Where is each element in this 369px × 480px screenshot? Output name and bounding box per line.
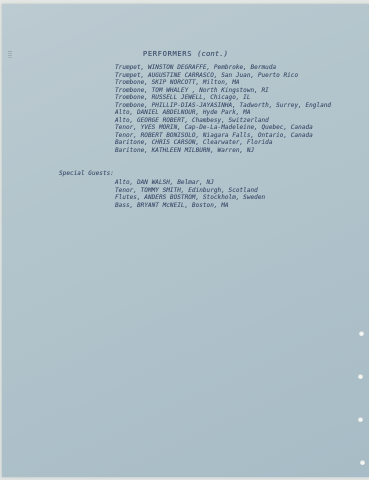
special-guest-line: Flutes, ANDERS BOSTROM, Stockholm, Swede… [115, 194, 265, 202]
page-title: PERFORMERS (cont.) [2, 49, 369, 58]
page-title-cont: (cont.) [197, 49, 228, 58]
special-guest-list: Alto, DAN WALSH, Belmar, NJ Tenor, TOMMY… [115, 179, 265, 209]
performer-line: Baritone, CHRIS CARSON, Clearwater, Flor… [115, 139, 331, 147]
paper-sheet: PERFORMERS (cont.) Trumpet, WINSTON DEGR… [2, 4, 369, 477]
scanned-page: PERFORMERS (cont.) Trumpet, WINSTON DEGR… [0, 0, 369, 480]
special-guests-label: Special Guests: [59, 170, 114, 178]
performer-line: Trumpet, AUGUSTINE CARRASCO, San Juan, P… [115, 72, 331, 80]
performer-list: Trumpet, WINSTON DEGRAFFE, Pembroke, Ber… [115, 64, 331, 154]
performer-line: Trombone, TOM WHALEY , North Kingstown, … [115, 87, 331, 95]
performer-line: Trumpet, WINSTON DEGRAFFE, Pembroke, Ber… [115, 64, 331, 72]
punch-hole [359, 331, 364, 336]
performer-line: Trombone, RUSSELL JEWELL, Chicago, IL [115, 94, 331, 102]
performer-line: Tenor, ROBERT BONISOLO, Niagara Falls, O… [115, 132, 331, 140]
special-guest-line: Tenor, TOMMY SMITH, Edinburgh, Scotland [115, 187, 265, 195]
special-guest-line: Bass, BRYANT McNEIL, Boston, MA [115, 202, 265, 210]
performer-line: Trombone, PHILLIP-DIAS-JAYASINHA, Tadwor… [115, 102, 331, 110]
performer-line: Alto, GEORGE ROBERT, Chambesy, Switzerla… [115, 117, 331, 125]
punch-hole [358, 374, 363, 379]
performer-line: Alto, DANIEL ABDELNOUR, Hyde Park, MA [115, 109, 331, 117]
performer-line: Trombone, SKIP NORCOTT, Milton, MA [115, 79, 331, 87]
performer-line: Baritone, KATHLEEN MILBURN, Warren, NJ [115, 147, 331, 155]
special-guest-line: Alto, DAN WALSH, Belmar, NJ [115, 179, 265, 187]
punch-hole [360, 460, 365, 465]
performer-line: Tenor, YVES MORIN, Cap-De-La-Madeleine, … [115, 124, 331, 132]
punch-hole [358, 417, 363, 422]
page-title-main: PERFORMERS [143, 49, 192, 58]
